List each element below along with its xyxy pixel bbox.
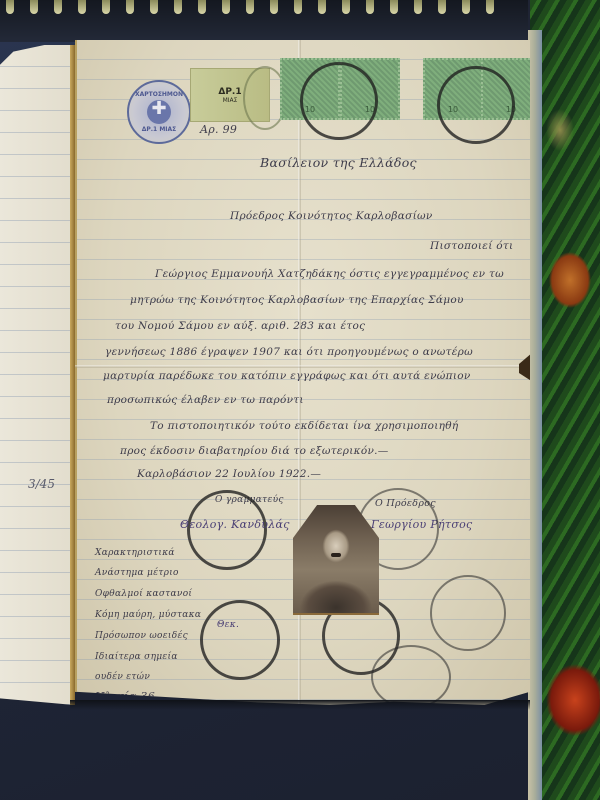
cross-icon: ✚ [147,100,171,124]
certifies-text: Πιστοποιεί ότι [430,240,513,252]
seal-bottom-text: ΔΡ.1 ΜΙΑΣ [142,126,177,133]
description-line: Πρόσωπον ωοειδές [95,631,188,641]
purpose-line: Το πιστοποιητικόν τούτο εκδίδεται ίνα χρ… [150,420,458,432]
description-line: Ανάστημα μέτριο [95,568,179,578]
postmark [300,62,378,140]
description-line: Χαρακτηριστικά [95,548,175,558]
signature-left: Θεολογ. Κανδυλάς [180,518,290,531]
horizontal-fold [75,365,530,368]
reference-number: Αρ. 99 [200,123,237,136]
body-line: μαρτυρία παρέδωκε του κατόπιν εγγράφως κ… [103,370,471,382]
revenue-stamp-amount: ΔΡ.1 [218,87,241,97]
body-line: μητρώω της Κοινότητος Καρλοβασίων της Επ… [130,294,464,306]
purpose-line: προς έκδοσιν διαβατηρίου διά το εξωτερικ… [120,445,389,457]
revenue-stamp-word: ΜΙΑΣ [223,97,238,104]
postmark [430,575,506,651]
seal-top-text: ΧΑΡΤΟΣΗΜΟΝ [135,91,183,98]
body-line: γεννήσεως 1886 έγραψεν 1907 και ότι προη… [105,346,473,358]
date-line: Καρλοβάσιον 22 Ιουλίου 1922.— [137,468,321,480]
postmark [437,66,515,144]
body-line: Γεώργιος Εμμανουήλ Χατζηδάκης όστις εγγε… [155,268,504,280]
left-page-edge [70,45,75,705]
postmark [200,600,280,680]
description-line: Ιδιαίτερα σημεία [95,652,178,662]
document-heading: Βασίλειον της Ελλάδος [260,155,417,170]
binder-edge [528,30,542,800]
description-line: ουδέν ετών [95,672,150,682]
left-page: 3/45 [0,45,74,705]
left-page-note: 3/45 [28,477,55,491]
page-margin [75,40,77,705]
description-line: Οφθαλμοί καστανοί [95,589,192,599]
page-shadow [70,700,530,710]
portrait-photo [293,505,379,615]
description-line: Κόμη μαύρη, μύστακα [95,610,201,620]
document-subheading: Πρόεδρος Κοινότητος Καρλοβασίων [230,210,433,222]
body-line: του Νομού Σάμου εν αύξ. αριθ. 283 και έτ… [115,320,365,332]
binder-rings-strip [0,0,528,42]
body-line: προσωπικώς έλαβεν εν τω παρόντι [107,394,304,406]
photo-scene: 3/45 ΧΑΡΤΟΣΗΜΟΝ ✚ ΔΡ.1 ΜΙΑΣ ΔΡ.1 ΜΙΑΣ 10… [0,0,600,800]
embossed-seal: ΧΑΡΤΟΣΗΜΟΝ ✚ ΔΡ.1 ΜΙΑΣ [127,80,191,144]
stamp-initial: Θεκ. [217,620,239,630]
